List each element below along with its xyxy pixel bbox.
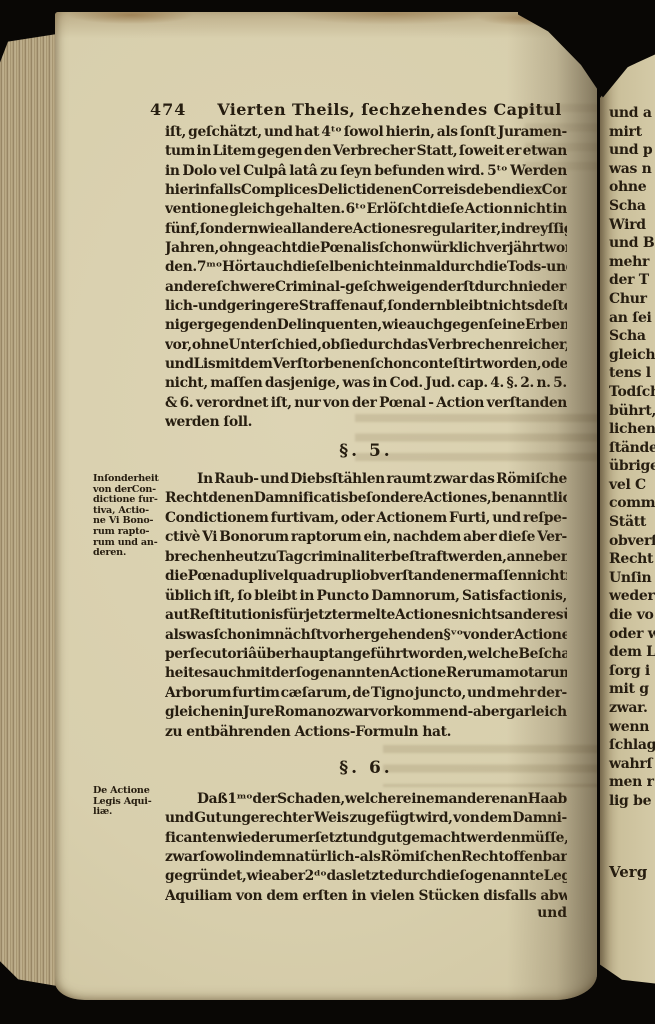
text-line: gleich xyxy=(609,346,655,365)
text-line: nigergegendenDelinquenten,wieauchgegenſe… xyxy=(165,317,567,336)
catchword: und xyxy=(165,905,567,921)
text-line: Todſch xyxy=(609,383,655,402)
text-line: vel C xyxy=(609,476,655,495)
text-line: zwar. xyxy=(609,699,655,718)
text-line: heitesauchmitderſogenanntenActioneReruma… xyxy=(165,665,567,684)
text-line: hierinfallsComplicesDelictidenenCorreisd… xyxy=(165,182,567,201)
text-line: tuminLitemgegendenVerbrecherStatt,ſoweit… xyxy=(165,143,567,162)
text-line: comm xyxy=(609,494,655,513)
text-line: Unſin xyxy=(609,569,655,588)
facing-page-heading-fragment: Verg xyxy=(609,863,647,881)
text-line: lichen xyxy=(609,420,655,439)
chapter-header-title: Vierten Theils, ſechzehendes Capitul xyxy=(212,100,567,119)
text-line: ſchlag xyxy=(609,736,655,755)
text-line: nicht,maſſendasjenige,wasinCod.Jud.cap.4… xyxy=(165,375,567,394)
margin-note-1: Inſonderheitvon derCon-dictione fur-tiva… xyxy=(93,474,159,559)
text-line: oder w xyxy=(609,625,655,644)
text-line: ſorg i xyxy=(609,662,655,681)
running-header: 474 Vierten Theils, ſechzehendes Capitul xyxy=(150,100,567,119)
book-right-page-sliver: und amirtund pwas nohneSchaWirdund Bmehr… xyxy=(600,45,655,993)
text-line: andereſchwereCriminal-geſchweigenderſtdu… xyxy=(165,279,567,298)
text-line: Scha xyxy=(609,327,655,346)
text-line: weder xyxy=(609,587,655,606)
page-number: 474 xyxy=(150,100,212,119)
margin-note-2: De ActioneLegis Aqui-liæ. xyxy=(93,786,159,818)
text-line: und B xyxy=(609,234,655,253)
text-line: ctivèViBonorumraptorumein,nachdemaberdie… xyxy=(165,529,567,548)
text-line: deren. xyxy=(93,548,159,559)
text-line: RechtdenenDamnificatisbeſondereActiones,… xyxy=(165,490,567,509)
text-line: &6.verordnetiſt,nurvonderPœnal-Actionver… xyxy=(165,395,567,414)
text-line: Scha xyxy=(609,197,655,216)
text-line: inDolovelCulpâlatâzuſeynbefundenwird.5ᵗᵒ… xyxy=(165,163,567,182)
text-line: bührt, xyxy=(609,402,655,421)
book-scan: 474 Vierten Theils, ſechzehendes Capitul… xyxy=(0,0,655,1024)
text-line: was n xyxy=(609,160,655,179)
text-line: die vo xyxy=(609,606,655,625)
text-line: iſt,geſchätzt,undhat4ᵗᵒſowolhierin,alsſo… xyxy=(165,124,567,143)
text-line: undGutungerechterWeiszugefügtwird,vondem… xyxy=(165,810,567,829)
book-left-page: 474 Vierten Theils, ſechzehendes Capitul… xyxy=(55,12,597,1000)
text-line: alswasſchonimnächſtvorhergehenden§ᵛᵒvond… xyxy=(165,627,567,646)
text-line: fünf,ſondernwieallandereActionesregulari… xyxy=(165,221,567,240)
text-line: mirt xyxy=(609,123,655,142)
text-line: mit g xyxy=(609,680,655,699)
text-line: Wird xyxy=(609,216,655,235)
text-line: zuentbährendenActions-Formulnhat. xyxy=(165,724,567,743)
text-line: ventionegleichgehalten.6ᵗᵒErlöſchtdieſeA… xyxy=(165,201,567,220)
text-line: gleicheninJureRomanozwarvorkommend-aberg… xyxy=(165,704,567,723)
section-5-heading: §. 5. xyxy=(165,441,567,461)
text-line: obverſ xyxy=(609,532,655,551)
text-line: InRaub-undDiebsſtählenraumtzwardasRömiſc… xyxy=(165,471,567,490)
text-line: brechenheutzuTagcriminaliterbeſtraftwerd… xyxy=(165,549,567,568)
text-line: den.7ᵐᵒHörtauchdieſelbenichteinmaldurchd… xyxy=(165,259,567,278)
text-line: Inſonderheit xyxy=(93,474,159,485)
text-line: Chur xyxy=(609,290,655,309)
text-line: vor,ohneUnterſchied,obſiedurchdasVerbrec… xyxy=(165,337,567,356)
text-line: ohne xyxy=(609,178,655,197)
paragraph-continuation: iſt,geſchätzt,undhat4ᵗᵒſowolhierin,alsſo… xyxy=(165,124,567,434)
text-line: men r xyxy=(609,773,655,792)
page-top-stain xyxy=(55,12,597,56)
text-line: Daß1ᵐᵒderSchaden,welchereinemanderenanHa… xyxy=(165,791,567,810)
text-line: gegründet,wieaber2ᵈᵒdasletztedurchdieſog… xyxy=(165,868,567,887)
text-line: mehr xyxy=(609,253,655,272)
text-line: an ſei xyxy=(609,309,655,328)
text-line: lig be xyxy=(609,792,655,811)
text-line: Arborumfurtimcæſarum,deTignojuncto,undme… xyxy=(165,685,567,704)
text-line: und p xyxy=(609,141,655,160)
text-line: Stätt xyxy=(609,513,655,532)
text-line: wahrſ xyxy=(609,755,655,774)
text-line: liæ. xyxy=(93,807,159,818)
text-line: ficantenwiederumerſetztundgutgemachtwerd… xyxy=(165,830,567,849)
book-fore-edge-stack xyxy=(0,34,57,986)
text-line: und a xyxy=(609,104,655,123)
text-line: undLismitdemVerſtorbenenſchonconteſtirtw… xyxy=(165,356,567,375)
text-line: üblichiſt,ſobleibtinPunctoDamnorum,Satis… xyxy=(165,588,567,607)
facing-page-text-fragments: und amirtund pwas nohneSchaWirdund Bmehr… xyxy=(609,104,655,811)
text-line: lich-undgeringereStraffenauf,ſondernblei… xyxy=(165,298,567,317)
text-line: ſtände xyxy=(609,439,655,458)
text-line: autReſtitutionisfürjetztermelteActionesn… xyxy=(165,607,567,626)
text-line: tens l xyxy=(609,364,655,383)
text-line: werdenſoll. xyxy=(165,414,567,433)
text-line: perſecutoriâüberhauptangeführtworden,wel… xyxy=(165,646,567,665)
text-line: rum rapto- xyxy=(93,527,159,538)
text-line: diePœnaduplivelquadrupliobverſtandenerma… xyxy=(165,568,567,587)
text-line: wenn xyxy=(609,718,655,737)
text-line: De Actione xyxy=(93,786,159,797)
text-line: zwarſowolindemnatürlich-alsRömiſchenRech… xyxy=(165,849,567,868)
text-line: Recht xyxy=(609,550,655,569)
text-line: Jahren,ohngeachtdiePœnalisſchonwürklichv… xyxy=(165,240,567,259)
section-6-paragraph: Daß1ᵐᵒderSchaden,welchereinemanderenanHa… xyxy=(165,791,567,907)
text-line: der T xyxy=(609,271,655,290)
section-6-heading: §. 6. xyxy=(165,758,567,778)
text-line: Condictionemfurtivam,oderActionemFurti,u… xyxy=(165,510,567,529)
text-line: übrige xyxy=(609,457,655,476)
text-line: dem L xyxy=(609,643,655,662)
section-5-paragraph: InRaub-undDiebsſtählenraumtzwardasRömiſc… xyxy=(165,471,567,743)
